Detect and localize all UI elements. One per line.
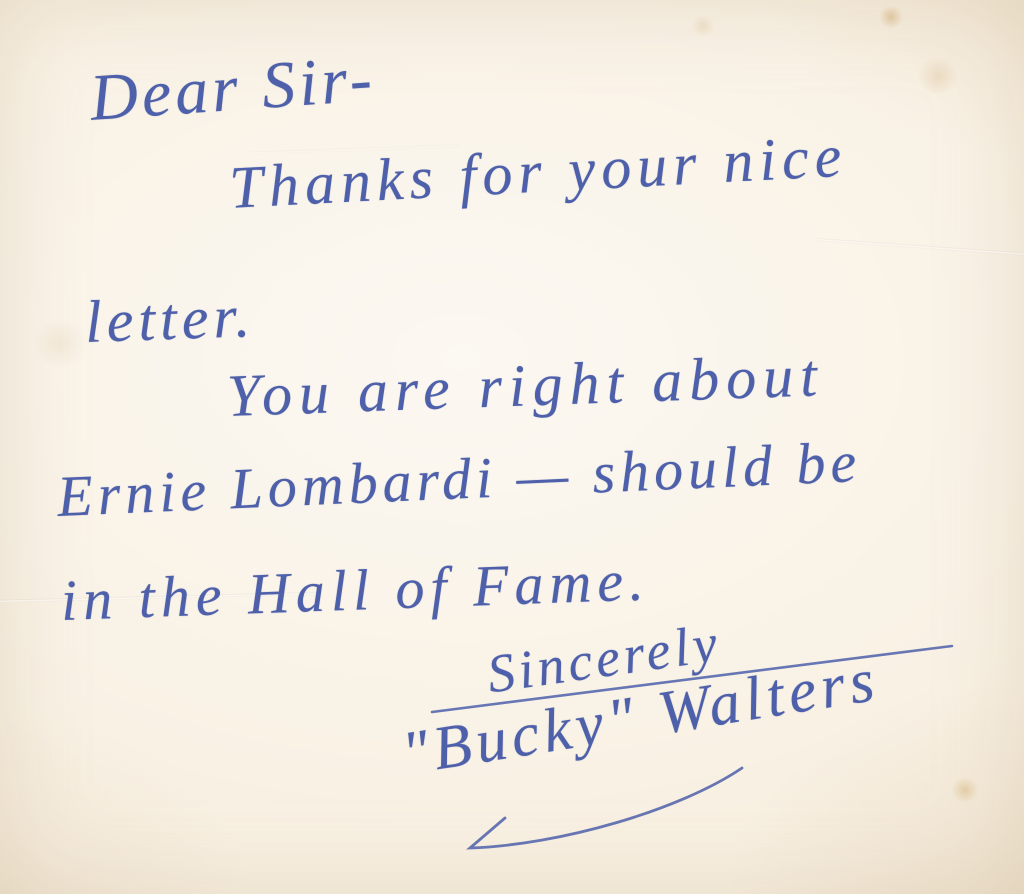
body-line-5: in the Hall of Fame. [60, 551, 650, 630]
paper-stain [878, 6, 904, 28]
paper-stain [950, 778, 980, 802]
paper-crease [815, 238, 1024, 257]
paper-stain [690, 16, 716, 36]
body-line-2: letter. [84, 286, 256, 352]
salutation: Dear Sir- [88, 46, 378, 132]
paper-stain [30, 320, 90, 366]
body-line-1: Thanks for your nice [228, 126, 849, 218]
paper-stain [916, 58, 960, 94]
body-line-4: Ernie Lombardi — should be [56, 433, 862, 526]
body-line-3: You are right about [226, 345, 825, 426]
letter-paper: Dear Sir- Thanks for your nice letter. Y… [0, 0, 1024, 894]
